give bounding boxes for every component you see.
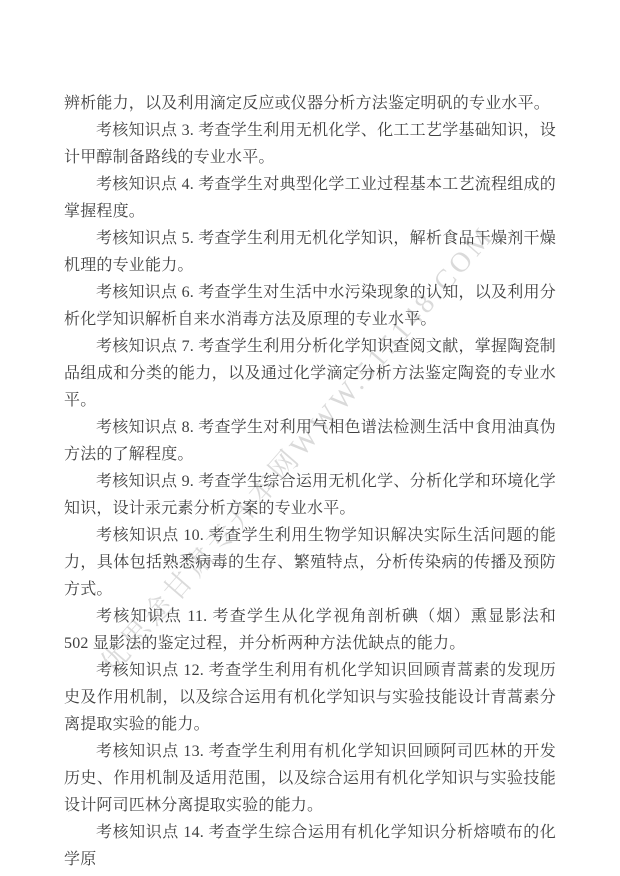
document-page: 优思途甘肃专升本网WWW.515148.COM 辨析能力，以及利用滴定反应或仪器…: [0, 0, 620, 876]
paragraph: 考核知识点 7. 考查学生利用分析化学知识查阅文献，掌握陶瓷制品组成和分类的能力…: [64, 333, 556, 414]
paragraph: 考核知识点 9. 考查学生综合运用无机化学、分析化学和环境化学知识，设计汞元素分…: [64, 468, 556, 522]
paragraph: 考核知识点 14. 考查学生综合运用有机化学知识分析熔喷布的化学原: [64, 819, 556, 873]
paragraph: 辨析能力，以及利用滴定反应或仪器分析方法鉴定明矾的专业水平。: [64, 90, 556, 117]
paragraph: 考核知识点 4. 考查学生对典型化学工业过程基本工艺流程组成的掌握程度。: [64, 171, 556, 225]
paragraph: 考核知识点 12. 考查学生利用有机化学知识回顾青蒿素的发现历史及作用机制，以及…: [64, 657, 556, 738]
paragraph: 考核知识点 13. 考查学生利用有机化学知识回顾阿司匹林的开发历史、作用机制及适…: [64, 738, 556, 819]
paragraph: 考核知识点 11. 考查学生从化学视角剖析碘（烟）熏显影法和 502 显影法的鉴…: [64, 603, 556, 657]
paragraph: 考核知识点 10. 考查学生利用生物学知识解决实际生活问题的能力，具体包括熟悉病…: [64, 522, 556, 603]
paragraph: 考核知识点 5. 考查学生利用无机化学知识，解析食品干燥剂干燥机理的专业能力。: [64, 225, 556, 279]
paragraph: 考核知识点 6. 考查学生对生活中水污染现象的认知，以及利用分析化学知识解析自来…: [64, 279, 556, 333]
paragraph: 考核知识点 3. 考查学生利用无机化学、化工工艺学基础知识，设计甲醇制备路线的专…: [64, 117, 556, 171]
document-body: 辨析能力，以及利用滴定反应或仪器分析方法鉴定明矾的专业水平。 考核知识点 3. …: [64, 90, 556, 873]
paragraph: 考核知识点 8. 考查学生对利用气相色谱法检测生活中食用油真伪方法的了解程度。: [64, 414, 556, 468]
